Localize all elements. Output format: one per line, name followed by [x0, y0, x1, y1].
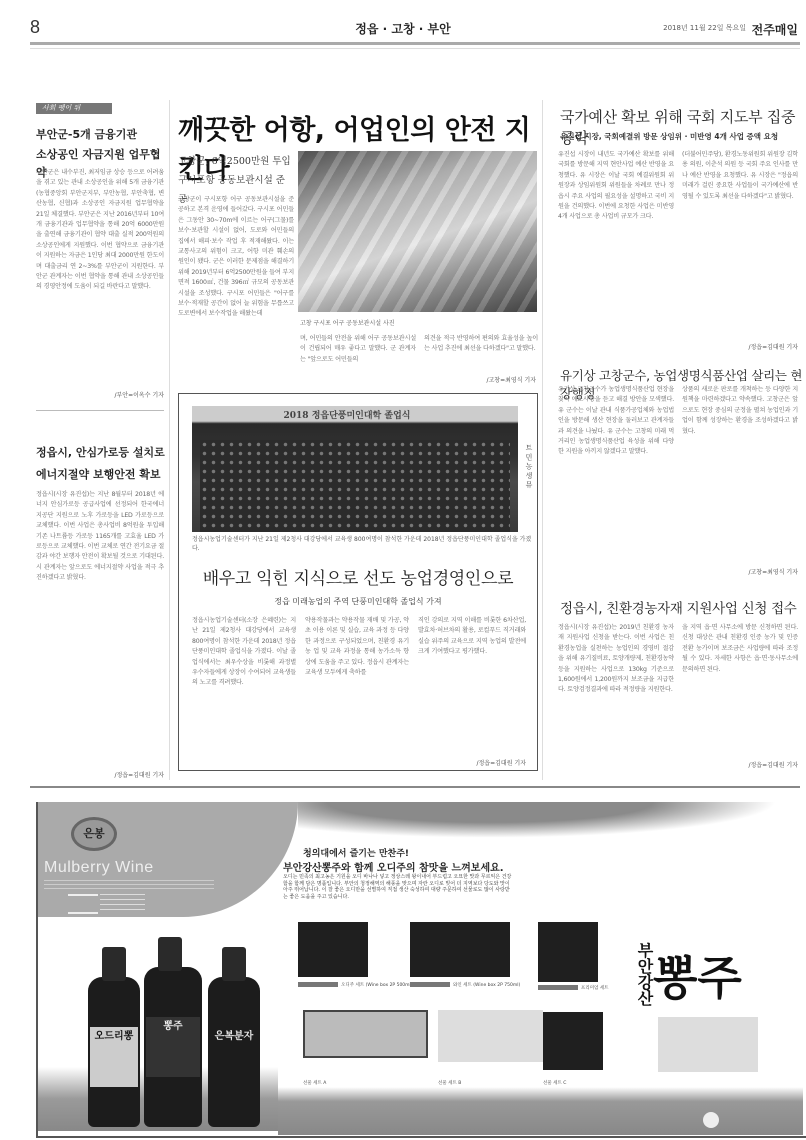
- article-body: 직인 강의로 지역 이해를 비롯한 6차산업, 발효차·허브차의 활용, 로컬푸…: [418, 616, 526, 748]
- calligraphy-big: 뽕주: [653, 942, 742, 1008]
- bottle-neck: [158, 937, 182, 971]
- product-image: [410, 922, 510, 977]
- product-image: [658, 1017, 758, 1072]
- article-body: 정읍시(시장 유진섭)는 지난 8월부터 2018년 에너지 안심가로등 공급사…: [36, 490, 164, 758]
- article-headline[interactable]: 정읍시, 안심가로등 설치로 에너지절약 보행안전 확보: [36, 444, 166, 484]
- product-caption: 선물 세트 C: [543, 1080, 603, 1086]
- brand-title: Mulberry Wine: [44, 859, 154, 877]
- price-tag: [538, 985, 578, 990]
- bottle: 은복분자: [208, 977, 260, 1127]
- ad-body-text: 오디는 민족의 최고농은 기원을 오디 바나나 넣고 정상스레 왕이내어 부드럽…: [283, 874, 513, 900]
- product-caption: 선물 세트 B: [438, 1080, 538, 1086]
- article-body: 상품의 새로운 판로를 개척하는 등 다양한 지원책을 마련하겠다고 약속했다.…: [682, 385, 798, 545]
- product-caption: 프리미엄 세트: [538, 985, 618, 991]
- column-badge: 사회 팽이 뒤: [36, 103, 112, 114]
- header-rule-thin: [30, 48, 800, 49]
- article-body: 의견을 적극 반영하여 편의와 효율성을 높이는 사업 추진에 최선을 다하겠다…: [424, 334, 538, 374]
- photo-caption: 정읍시농업기술센터가 지난 21일 제2청사 대강당에서 교육생 800여명이 …: [192, 535, 532, 553]
- photo-caption: 고창 구시포 어구 공동보관시설 사진: [300, 318, 536, 327]
- bottle-neck: [102, 947, 126, 981]
- product-caption: 와인 세트 (Wine box 2P 750ml): [410, 982, 540, 988]
- article-body: 정읍시농업기술센터(소장 은혜련)는 지난 21일 제2청사 대강당에서 교육생…: [192, 616, 296, 756]
- article-body: 약용작물과는 약용작물 재배 및 가공, 약초 이용 이론 및 실습, 교육 과…: [305, 616, 409, 756]
- photo-side-banner: 트 민 농 생 뮤: [521, 406, 534, 526]
- byline: /정읍=김대원 기자: [682, 342, 798, 351]
- article-body: 고창군이 구시포항 어구 공동보관시설을 준공하고 본격 운영에 들어갔다. 구…: [178, 195, 294, 375]
- date-line: 2018년 11월 22일 목요일: [663, 23, 746, 33]
- ad-fineprint: [44, 880, 214, 890]
- bottle-label: 뽕주: [146, 1017, 200, 1077]
- bottle-label: 은복분자: [210, 1027, 258, 1087]
- ad-divider: [30, 786, 800, 788]
- photo-banner-text: 2018 정읍단풍미인대학 졸업식: [202, 408, 492, 422]
- ad-footer-logo: [703, 1112, 719, 1128]
- article-body: 을 지역 읍·면 사무소에 방문 신청하면 된다. 신청 대상은 관내 친환경 …: [682, 623, 798, 755]
- byline: /고창=최영식 기자: [682, 567, 798, 576]
- byline: /정읍=김대원 기자: [36, 770, 164, 779]
- byline: /고창=최영식 기자: [424, 375, 536, 384]
- paper-name: 전주매일: [752, 21, 798, 38]
- product-image: [298, 922, 368, 977]
- bottle-showcase: 오드리뽕 뽕주 은복분자: [38, 917, 278, 1131]
- product-image: [543, 1012, 603, 1070]
- ad-tagline: 청의대에서 즐기는 만찬주!: [303, 846, 409, 859]
- ad-headline: 부안강산뽕주와 함께 오디주의 참맛을 느껴보세요.: [283, 859, 504, 874]
- headline-line: 정읍시, 안심가로등 설치로: [36, 444, 166, 462]
- byline: /정읍=김대원 기자: [418, 758, 526, 767]
- bottle-label: 오드리뽕: [90, 1027, 138, 1087]
- bottle: 오드리뽕: [88, 977, 140, 1127]
- article-body: 며, 어민들의 안전을 위해 어구 공동보관시설이 건립되어 매우 좋다고 말했…: [300, 334, 416, 386]
- article-body: 정읍시(시장 유진섭)는 2019년 친환경 농자재 지원사업 신청을 받는다.…: [558, 623, 674, 769]
- feature-headline[interactable]: 배우고 익힌 지식으로 선도 농업경영인으로: [178, 564, 538, 589]
- graduation-group-photo: 2018 정읍단풍미인대학 졸업식: [192, 406, 518, 532]
- price-tag: [410, 982, 450, 987]
- subhead-line: 고창군, 6억2500만원 투입: [178, 152, 294, 171]
- article-body: 부안군은 내수부진, 최저임금 상승 등으로 어려움을 겪고 있는 관내 소상공…: [36, 168, 164, 388]
- product-caption: 오디주 세트 (Wine box 2P 500ml): [298, 982, 418, 988]
- headline-line: 부안군-5개 금융기관: [36, 126, 166, 144]
- product-image: [438, 1010, 543, 1062]
- ad-emblem: [68, 894, 98, 914]
- article-headline[interactable]: 정읍시, 친환경농자재 지원사업 신청 접수: [560, 597, 804, 617]
- column-separator: [169, 100, 170, 780]
- article-body: (더불어민주당), 환경노동위원회 위원장 김학용 의원, 이춘석 의원 등 국…: [682, 150, 798, 338]
- byline: /부안=이옥수 기자: [36, 390, 164, 399]
- brand-logo: 은봉: [71, 817, 117, 851]
- byline: /정읍=김대원 기자: [682, 760, 798, 769]
- column-separator: [542, 100, 543, 780]
- price-tag: [298, 982, 338, 987]
- fishing-port-facility-photo: [298, 151, 537, 312]
- feature-subhead: 정읍 미래농업의 주역 단풍미인대학 졸업식 가져: [178, 596, 538, 607]
- bottle-neck: [222, 947, 246, 981]
- ad-footer-band: [278, 1087, 803, 1135]
- product-image: [538, 922, 598, 982]
- article-subhead: 유진섭 시장, 국회예결위 방문 상임위 · 미반영 4개 사업 증액 요청: [560, 131, 800, 142]
- headline-line: 에너지절약 보행안전 확보: [36, 466, 166, 484]
- product-caption: 선물 세트 A: [303, 1080, 413, 1086]
- bottle: 뽕주: [144, 967, 202, 1127]
- header-rule: [30, 42, 800, 45]
- product-image: [303, 1010, 428, 1058]
- divider: [36, 410, 164, 411]
- article-body: 유진섭 시장이 내년도 국가예산 확보를 위해 국회를 방문해 지역 현안사업 …: [558, 150, 674, 340]
- ad-gray-cloud: [298, 802, 778, 838]
- ad-fineprint: [100, 894, 145, 914]
- crowd: [200, 440, 510, 532]
- article-body: 유기상 고창군수가 농업생명식품산업 현장을 찾아 애로사항을 듣고 해결 방안…: [558, 385, 674, 567]
- mulberry-wine-advertisement[interactable]: 은봉 Mulberry Wine 오드리뽕 뽕주 은복분자 청의대에서 즐기는 …: [36, 802, 806, 1138]
